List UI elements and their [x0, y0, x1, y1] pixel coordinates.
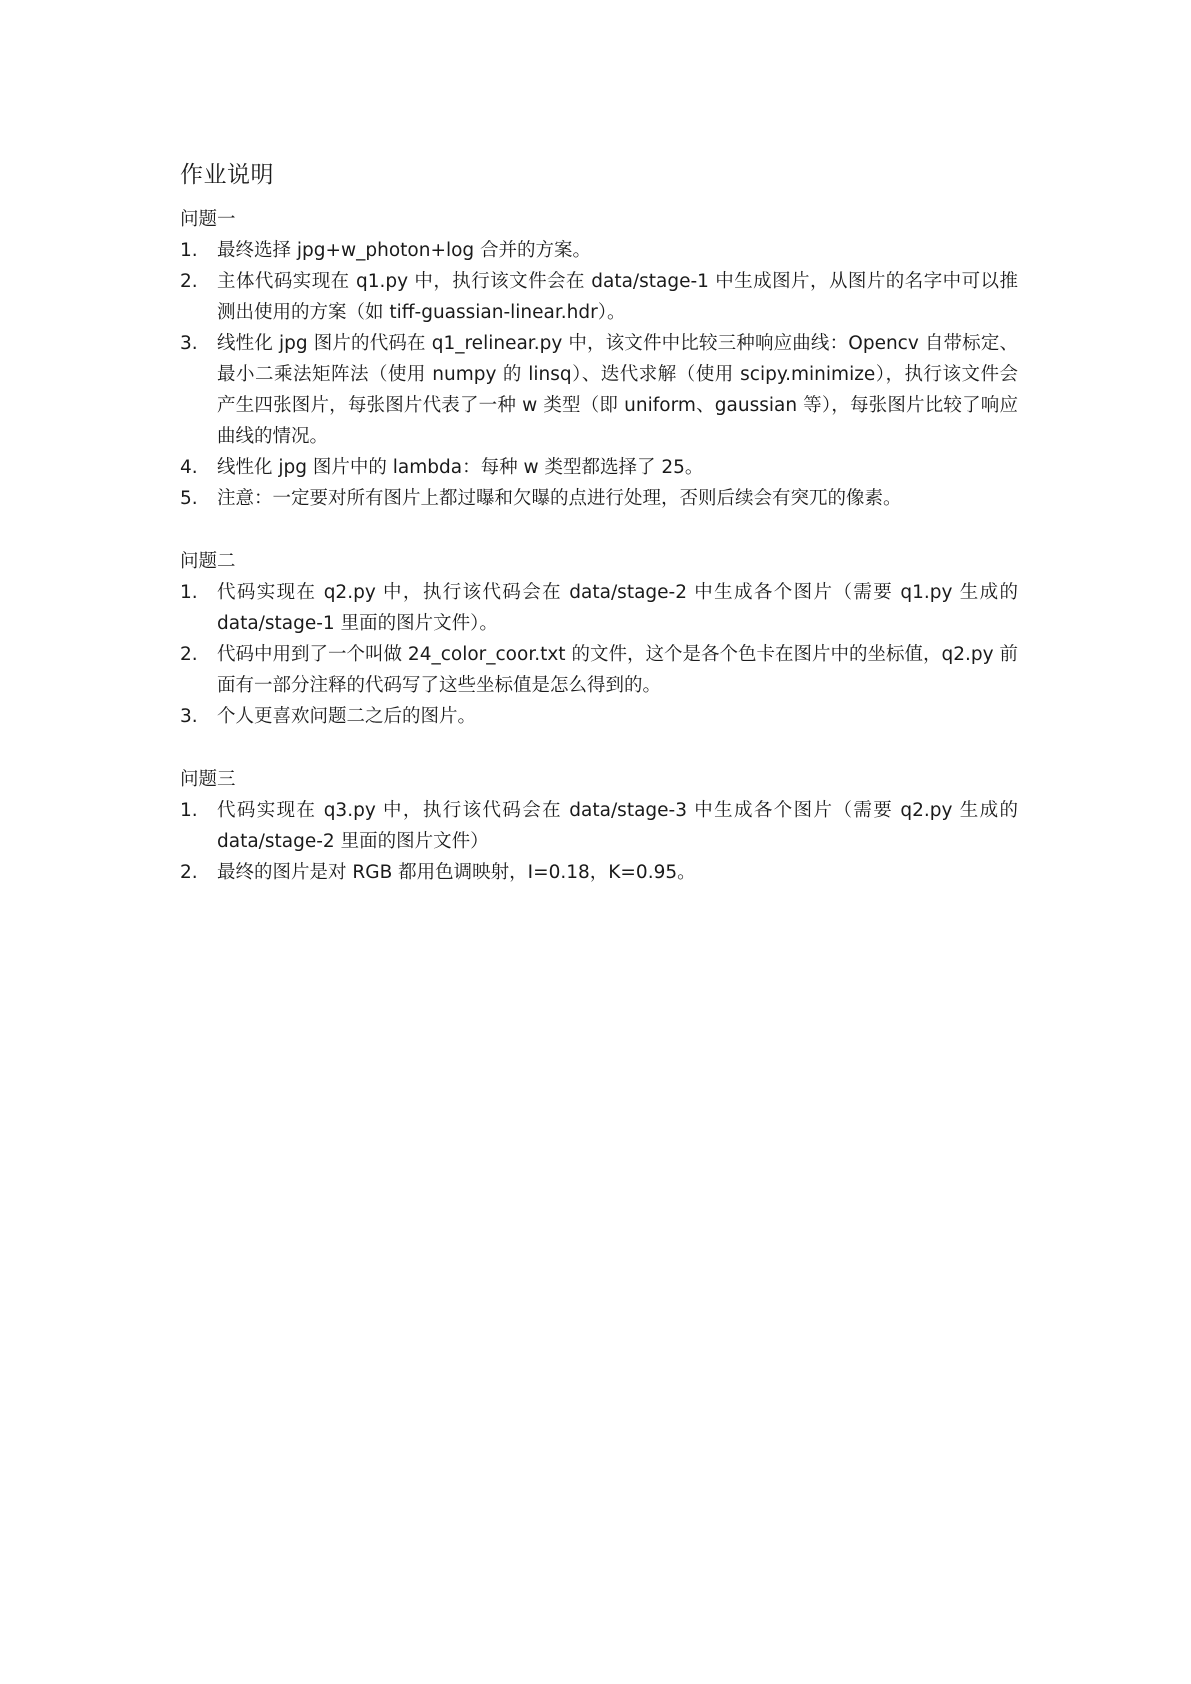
list-item: 2. 最终的图片是对 RGB 都用色调映射，I=0.18，K=0.95。 — [180, 857, 1018, 888]
section-problem-2: 问题二 1. 代码实现在 q2.py 中，执行该代码会在 data/stage-… — [180, 546, 1018, 732]
list-item-number: 2. — [180, 857, 210, 888]
section-problem-1: 问题一 1. 最终选择 jpg+w_photon+log 合并的方案。 2. 主… — [180, 204, 1018, 514]
list-item: 1. 代码实现在 q3.py 中，执行该代码会在 data/stage-3 中生… — [180, 795, 1018, 857]
list-item-number: 2. — [180, 639, 210, 670]
list-item: 4. 线性化 jpg 图片中的 lambda：每种 w 类型都选择了 25。 — [180, 452, 1018, 483]
list-item-number: 1. — [180, 795, 210, 826]
list-item-text: 注意：一定要对所有图片上都过曝和欠曝的点进行处理，否则后续会有突兀的像素。 — [217, 483, 1018, 514]
list-item-number: 5. — [180, 483, 210, 514]
list-item-number: 3. — [180, 328, 210, 359]
list-item-text: 代码实现在 q2.py 中，执行该代码会在 data/stage-2 中生成各个… — [217, 577, 1018, 639]
section-heading: 问题三 — [180, 764, 1018, 795]
list-item-number: 2. — [180, 266, 210, 297]
list-item-text: 最终的图片是对 RGB 都用色调映射，I=0.18，K=0.95。 — [217, 857, 1018, 888]
list-item-number: 1. — [180, 235, 210, 266]
numbered-list: 1. 代码实现在 q2.py 中，执行该代码会在 data/stage-2 中生… — [180, 577, 1018, 732]
list-item-text: 线性化 jpg 图片的代码在 q1_relinear.py 中，该文件中比较三种… — [217, 328, 1018, 452]
list-item: 2. 主体代码实现在 q1.py 中，执行该文件会在 data/stage-1 … — [180, 266, 1018, 328]
numbered-list: 1. 代码实现在 q3.py 中，执行该代码会在 data/stage-3 中生… — [180, 795, 1018, 888]
numbered-list: 1. 最终选择 jpg+w_photon+log 合并的方案。 2. 主体代码实… — [180, 235, 1018, 514]
list-item: 2. 代码中用到了一个叫做 24_color_coor.txt 的文件，这个是各… — [180, 639, 1018, 701]
list-item-text: 主体代码实现在 q1.py 中，执行该文件会在 data/stage-1 中生成… — [217, 266, 1018, 328]
list-item-number: 3. — [180, 701, 210, 732]
list-item: 5. 注意：一定要对所有图片上都过曝和欠曝的点进行处理，否则后续会有突兀的像素。 — [180, 483, 1018, 514]
section-problem-3: 问题三 1. 代码实现在 q3.py 中，执行该代码会在 data/stage-… — [180, 764, 1018, 888]
section-heading: 问题二 — [180, 546, 1018, 577]
list-item: 1. 代码实现在 q2.py 中，执行该代码会在 data/stage-2 中生… — [180, 577, 1018, 639]
list-item-text: 代码实现在 q3.py 中，执行该代码会在 data/stage-3 中生成各个… — [217, 795, 1018, 857]
document-page: 作业说明 问题一 1. 最终选择 jpg+w_photon+log 合并的方案。… — [180, 158, 1018, 920]
list-item: 1. 最终选择 jpg+w_photon+log 合并的方案。 — [180, 235, 1018, 266]
section-heading: 问题一 — [180, 204, 1018, 235]
document-title: 作业说明 — [180, 158, 1018, 192]
list-item-text: 线性化 jpg 图片中的 lambda：每种 w 类型都选择了 25。 — [217, 452, 1018, 483]
list-item-text: 代码中用到了一个叫做 24_color_coor.txt 的文件，这个是各个色卡… — [217, 639, 1018, 701]
list-item-text: 个人更喜欢问题二之后的图片。 — [217, 701, 1018, 732]
list-item: 3. 线性化 jpg 图片的代码在 q1_relinear.py 中，该文件中比… — [180, 328, 1018, 452]
list-item-number: 4. — [180, 452, 210, 483]
list-item-text: 最终选择 jpg+w_photon+log 合并的方案。 — [217, 235, 1018, 266]
list-item-number: 1. — [180, 577, 210, 608]
list-item: 3. 个人更喜欢问题二之后的图片。 — [180, 701, 1018, 732]
